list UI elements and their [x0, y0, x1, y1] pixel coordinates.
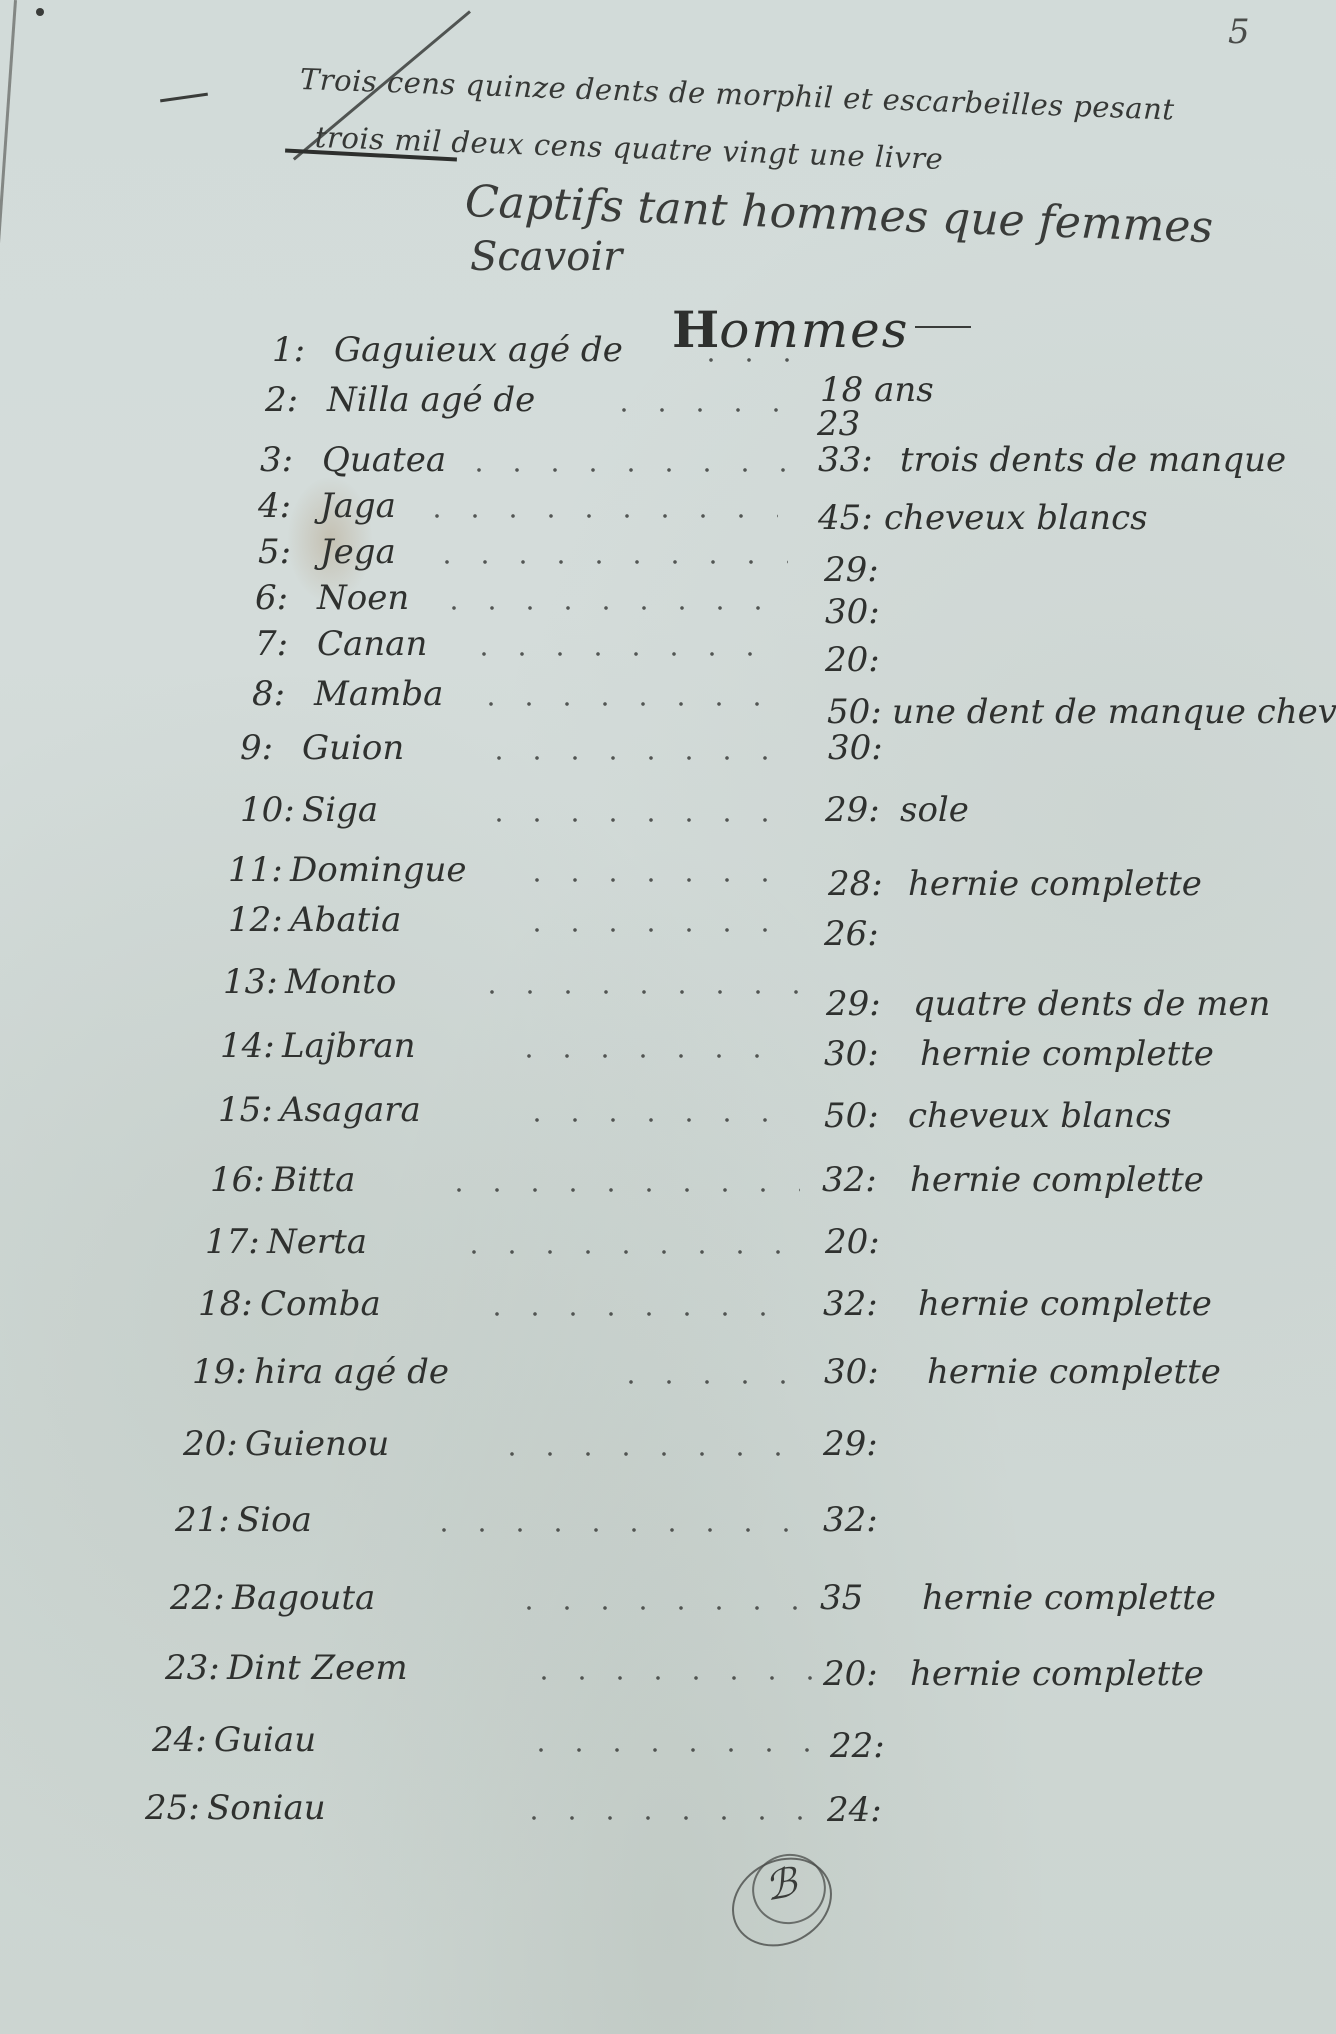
- entry-number: 19:: [192, 1352, 254, 1392]
- ledger-entry: 14:Lajbran 30: hernie complette: [220, 1026, 416, 1076]
- entry-note: une dent de manque cheveux: [892, 692, 1336, 732]
- entry-number: 7:: [255, 624, 317, 664]
- dot-leader: [480, 756, 780, 760]
- entry-age: 33:: [818, 440, 873, 480]
- dot-leader: [455, 1250, 795, 1254]
- ledger-entry: 23:Dint Zeem 20: hernie complette: [165, 1648, 408, 1698]
- entry-name: Gaguieux agé de: [334, 330, 623, 370]
- entry-name: Guienou: [245, 1424, 389, 1464]
- entry-name: Sioa: [237, 1500, 312, 1540]
- entry-number: 16:: [210, 1160, 272, 1200]
- dot-leader: [428, 560, 788, 564]
- entry-number: 22:: [170, 1578, 232, 1618]
- entry-number: 21:: [175, 1500, 237, 1540]
- entry-name: Monto: [285, 962, 396, 1002]
- entry-name: Lajbran: [282, 1026, 416, 1066]
- entry-name: Guiau: [214, 1720, 316, 1760]
- entry-name: Mamba: [314, 674, 443, 714]
- entry-note: hernie complette: [927, 1352, 1221, 1392]
- dot-leader: [525, 1676, 815, 1680]
- entry-age: 32:: [822, 1160, 877, 1200]
- entry-note: hernie complette: [910, 1160, 1204, 1200]
- entry-note: trois dents de manque: [900, 440, 1286, 480]
- entry-number: 2:: [265, 380, 327, 420]
- entry-name: hira agé de: [254, 1352, 449, 1392]
- entry-name: Guion: [302, 728, 404, 768]
- entry-age: 24:: [827, 1790, 882, 1830]
- entry-name: Nilla agé de: [327, 380, 535, 420]
- ledger-entry: 11:Domingue 28: hernie complette: [228, 850, 467, 900]
- dot-leader: [425, 1528, 805, 1532]
- ledger-entry: 2:Nilla agé de 23: [265, 380, 535, 430]
- entry-name: Dint Zeem: [227, 1648, 408, 1688]
- entry-age: 32:: [823, 1500, 878, 1540]
- entry-number: 4:: [258, 486, 320, 526]
- dot-leader: [518, 928, 798, 932]
- entry-name: Jaga: [320, 486, 396, 526]
- ledger-entry: 25:Soniau 24:: [145, 1788, 326, 1838]
- entry-age: 22:: [830, 1726, 885, 1766]
- ledger-entry: 3:Quatea 33: trois dents de manque: [260, 440, 446, 490]
- dot-leader: [522, 1748, 832, 1752]
- entry-age: 29:: [824, 550, 879, 590]
- ledger-entry: 10:Siga 29: sole: [240, 790, 378, 840]
- entry-number: 8:: [252, 674, 314, 714]
- dot-leader: [510, 1606, 810, 1610]
- dot-leader: [605, 408, 785, 412]
- entry-age: 29:: [823, 1424, 878, 1464]
- entry-age: 32:: [823, 1284, 878, 1324]
- dot-leader: [518, 1118, 798, 1122]
- entry-note: hernie complette: [918, 1284, 1212, 1324]
- entry-name: Comba: [260, 1284, 381, 1324]
- entry-number: 10:: [240, 790, 302, 830]
- entry-age: 50:: [824, 1096, 879, 1136]
- entry-age: 30:: [825, 592, 880, 632]
- entry-number: 14:: [220, 1026, 282, 1066]
- entry-age: 30:: [824, 1352, 879, 1392]
- entry-age: 26:: [824, 914, 879, 954]
- entry-number: 13:: [223, 962, 285, 1002]
- ledger-entry: 12:Abatia 26:: [228, 900, 401, 950]
- entry-age: 28:: [828, 864, 883, 904]
- entry-note: sole: [900, 790, 969, 830]
- ledger-entry: 13:Monto 29: quatre dents de men: [223, 962, 396, 1012]
- ledger-entry: 24:Guiau 22:: [152, 1720, 316, 1770]
- dot-leader: [510, 1054, 790, 1058]
- entry-name: Bitta: [272, 1160, 355, 1200]
- ledger-entry: 4:Jaga 45: cheveux blancs: [258, 486, 396, 536]
- dot-leader: [440, 1188, 800, 1192]
- entry-age: 20:: [823, 1654, 878, 1694]
- entry-note: cheveux blancs: [908, 1096, 1172, 1136]
- entry-note: hernie complette: [922, 1578, 1216, 1618]
- entry-name: Jega: [320, 532, 396, 572]
- entry-name: Bagouta: [232, 1578, 375, 1618]
- dot-leader: [493, 1452, 813, 1456]
- dot-leader: [515, 1816, 825, 1820]
- entry-name: Canan: [317, 624, 427, 664]
- entry-name: Nerta: [267, 1222, 367, 1262]
- entry-number: 12:: [228, 900, 290, 940]
- ledger-entry: 9:Guion 30:: [240, 728, 404, 778]
- ledger-entry: 8:Mamba 50: une dent de manque cheveux: [252, 674, 443, 724]
- entry-number: 11:: [228, 850, 290, 890]
- entry-name: Asagara: [280, 1090, 421, 1130]
- ledger-entry: 20:Guienou 29:: [183, 1424, 389, 1474]
- entry-name: Domingue: [290, 850, 467, 890]
- dot-leader: [460, 468, 790, 472]
- entry-age: 20:: [825, 640, 880, 680]
- entry-name: Soniau: [207, 1788, 326, 1828]
- entry-age: 20:: [825, 1222, 880, 1262]
- dot-leader: [465, 652, 785, 656]
- entry-number: 15:: [218, 1090, 280, 1130]
- entry-name: Noen: [317, 578, 409, 618]
- dot-leader: [518, 878, 798, 882]
- ledger-entry: 15:Asagara 50: cheveux blancs: [218, 1090, 421, 1140]
- entry-note: hernie complette: [910, 1654, 1204, 1694]
- entry-number: 3:: [260, 440, 322, 480]
- entry-number: 20:: [183, 1424, 245, 1464]
- captives-ledger: 1:Gaguieux agé de 18 ans 2:Nilla agé de …: [0, 0, 1336, 2034]
- entry-number: 18:: [198, 1284, 260, 1324]
- entry-note: cheveux blancs: [884, 498, 1148, 538]
- ledger-entry: 1:Gaguieux agé de 18 ans: [272, 330, 623, 380]
- dot-leader: [478, 1312, 798, 1316]
- entry-number: 17:: [205, 1222, 267, 1262]
- entry-number: 25:: [145, 1788, 207, 1828]
- entry-age: 23: [817, 404, 860, 444]
- entry-age: 30:: [828, 728, 883, 768]
- dot-leader: [472, 702, 792, 706]
- entry-number: 9:: [240, 728, 302, 768]
- ledger-entry: 21:Sioa 32:: [175, 1500, 312, 1550]
- ledger-entry: 19:hira agé de 30: hernie complette: [192, 1352, 449, 1402]
- entry-number: 23:: [165, 1648, 227, 1688]
- dot-leader: [473, 990, 803, 994]
- entry-age: 29:: [826, 984, 881, 1024]
- entry-age: 35: [820, 1578, 863, 1618]
- entry-note: hernie complette: [920, 1034, 1214, 1074]
- entry-number: 5:: [258, 532, 320, 572]
- ledger-entry: 18:Comba 32: hernie complette: [198, 1284, 381, 1334]
- dot-leader: [480, 818, 790, 822]
- entry-age: 30:: [824, 1034, 879, 1074]
- entry-number: 1:: [272, 330, 334, 370]
- entry-name: Quatea: [322, 440, 446, 480]
- entry-number: 24:: [152, 1720, 214, 1760]
- entry-note: quatre dents de men: [913, 984, 1270, 1024]
- ledger-entry: 22:Bagouta 35 hernie complette: [170, 1578, 375, 1628]
- entry-age: 45:: [818, 498, 873, 538]
- entry-age: 50:: [827, 692, 882, 732]
- entry-name: Abatia: [290, 900, 401, 940]
- dot-leader: [435, 606, 785, 610]
- dot-leader: [418, 514, 778, 518]
- entry-number: 6:: [255, 578, 317, 618]
- dot-leader: [612, 1380, 812, 1384]
- ledger-entry: 5:Jega 29:: [258, 532, 396, 582]
- entry-name: Siga: [302, 790, 378, 830]
- entry-note: hernie complette: [908, 864, 1202, 904]
- entry-age: 29:: [825, 790, 880, 830]
- ledger-entry: 6:Noen 30:: [255, 578, 409, 628]
- ledger-entry: 17:Nerta 20:: [205, 1222, 367, 1272]
- ledger-entry: 16:Bitta 32: hernie complette: [210, 1160, 355, 1210]
- ledger-entry: 7:Canan 20:: [255, 624, 427, 674]
- dot-leader: [692, 358, 792, 362]
